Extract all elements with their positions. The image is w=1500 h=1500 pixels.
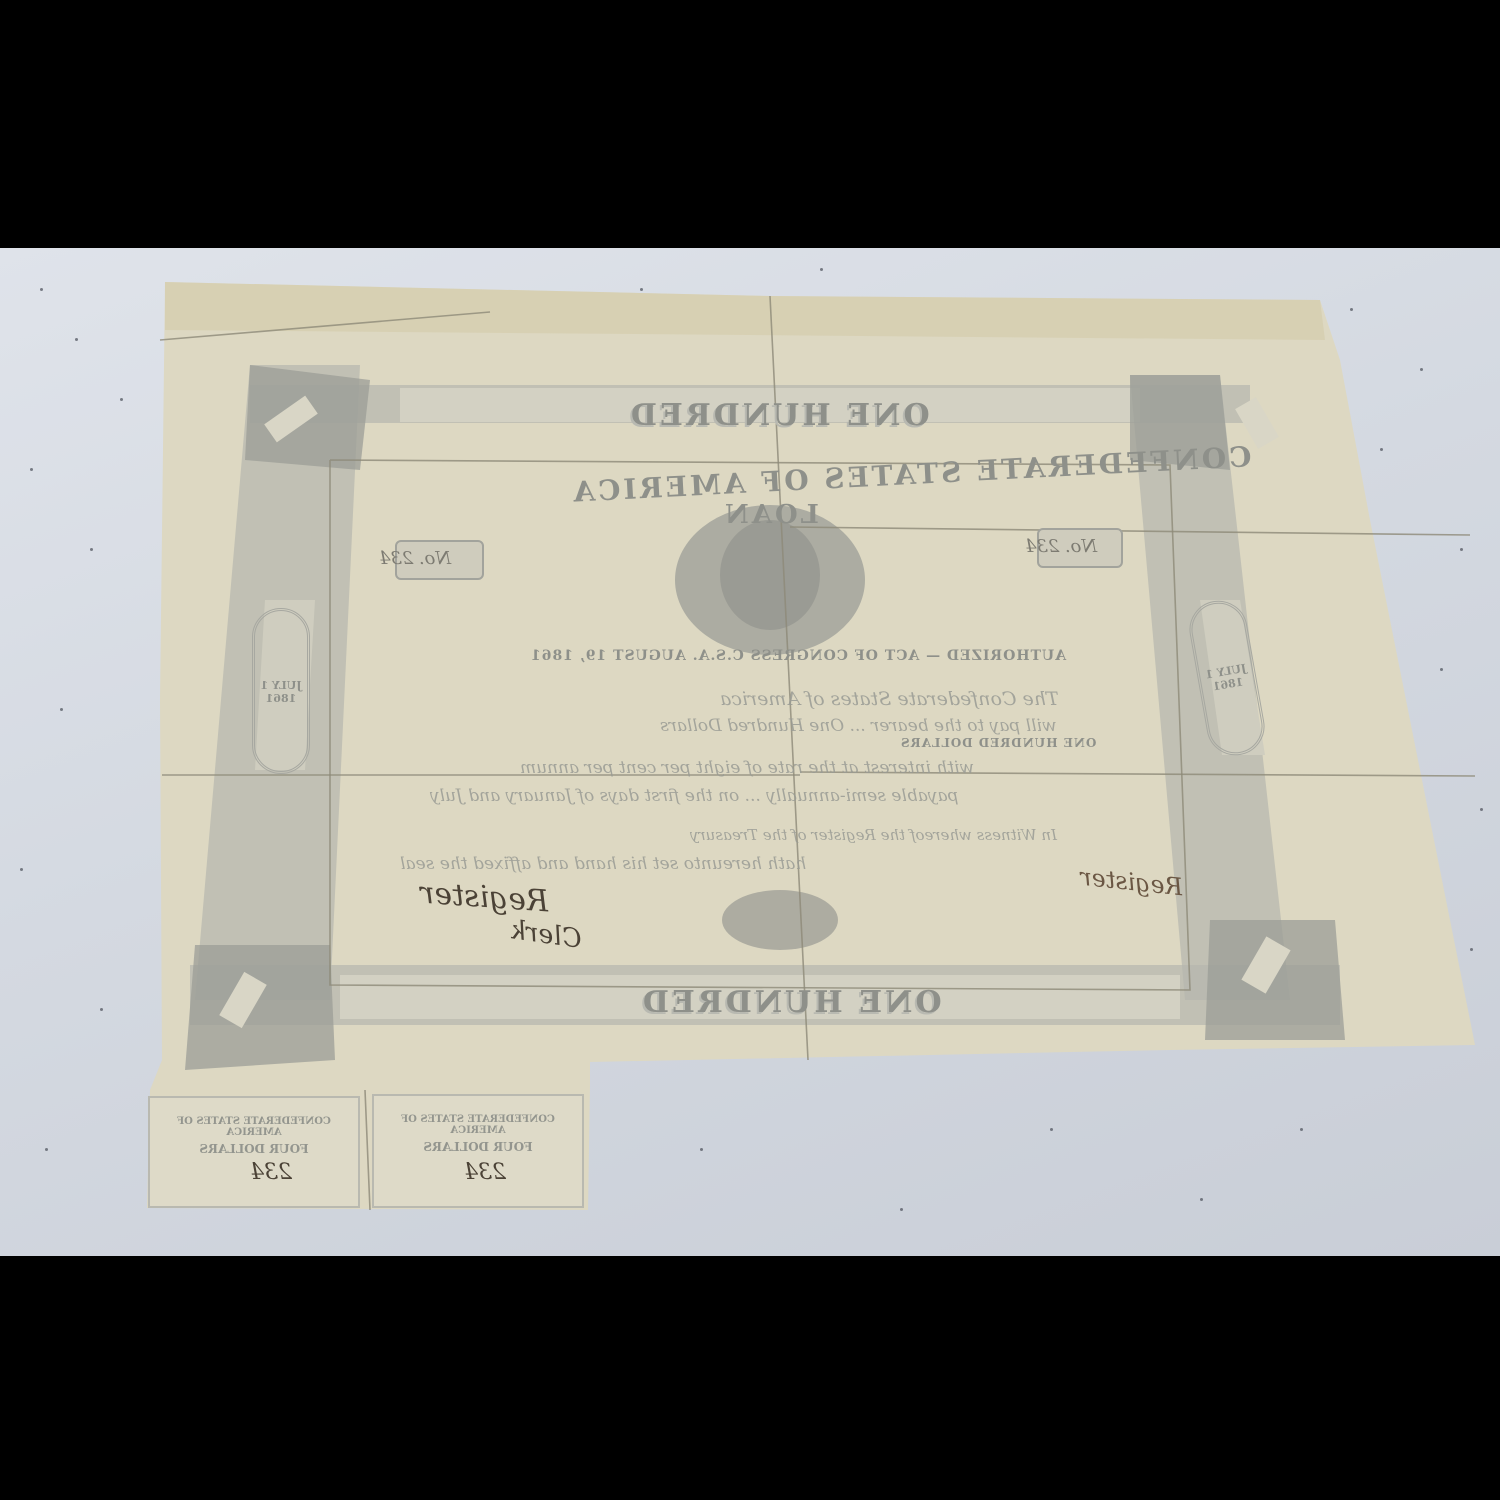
body-line: The Confederate States of America xyxy=(720,688,1059,710)
coupon-2: CONFEDERATE STATES OF AMERICA FOUR DOLLA… xyxy=(372,1094,584,1208)
bottom-letterbox-bar xyxy=(0,1256,1500,1500)
body-line: In Witness whereof the Register of the T… xyxy=(690,826,1057,844)
body-line: payable semi-annually ... on the first d… xyxy=(430,786,958,806)
bottom-banner-text: ONE HUNDRED xyxy=(640,985,942,1020)
amount-text: ONE HUNDRED DOLLARS xyxy=(900,736,1096,750)
coupon-title: CONFEDERATE STATES OF AMERICA xyxy=(374,1114,582,1136)
coupon-handwriting: 234 xyxy=(250,1160,292,1185)
coupon-1: CONFEDERATE STATES OF AMERICA FOUR DOLLA… xyxy=(148,1096,360,1208)
authorization-text: AUTHORIZED — ACT OF CONGRESS C.S.A. AUGU… xyxy=(530,648,1066,664)
serial-box-left: No. 234 xyxy=(395,540,484,580)
serial-box-right: No. 234 xyxy=(1037,528,1123,568)
body-line: will pay to the bearer ... One Hundred D… xyxy=(660,716,1057,736)
body-line: hath hereunto set his hand and affixed t… xyxy=(400,854,806,874)
coupon-title: CONFEDERATE STATES OF AMERICA xyxy=(150,1116,358,1138)
right-oval-date: JULY 1 1861 xyxy=(1199,661,1255,696)
coupon-handwriting: 234 xyxy=(464,1160,506,1185)
top-banner-text: ONE HUNDRED xyxy=(628,398,930,433)
coupon-amount: FOUR DOLLARS xyxy=(374,1140,582,1154)
serial-left: No. 234 xyxy=(379,548,451,569)
body-line: with interest at the rate of eight per c… xyxy=(520,758,974,778)
serial-right: No. 234 xyxy=(1025,536,1097,557)
left-oval-date: JULY 1 1861 xyxy=(255,679,307,705)
bond-subtitle: LOAN xyxy=(722,500,819,530)
top-letterbox-bar xyxy=(0,0,1500,248)
photo-frame: ONE HUNDRED CONFEDERATE STATES OF AMERIC… xyxy=(0,248,1500,1256)
coupon-amount: FOUR DOLLARS xyxy=(150,1142,358,1156)
left-date-oval: JULY 1 1861 xyxy=(252,608,310,774)
